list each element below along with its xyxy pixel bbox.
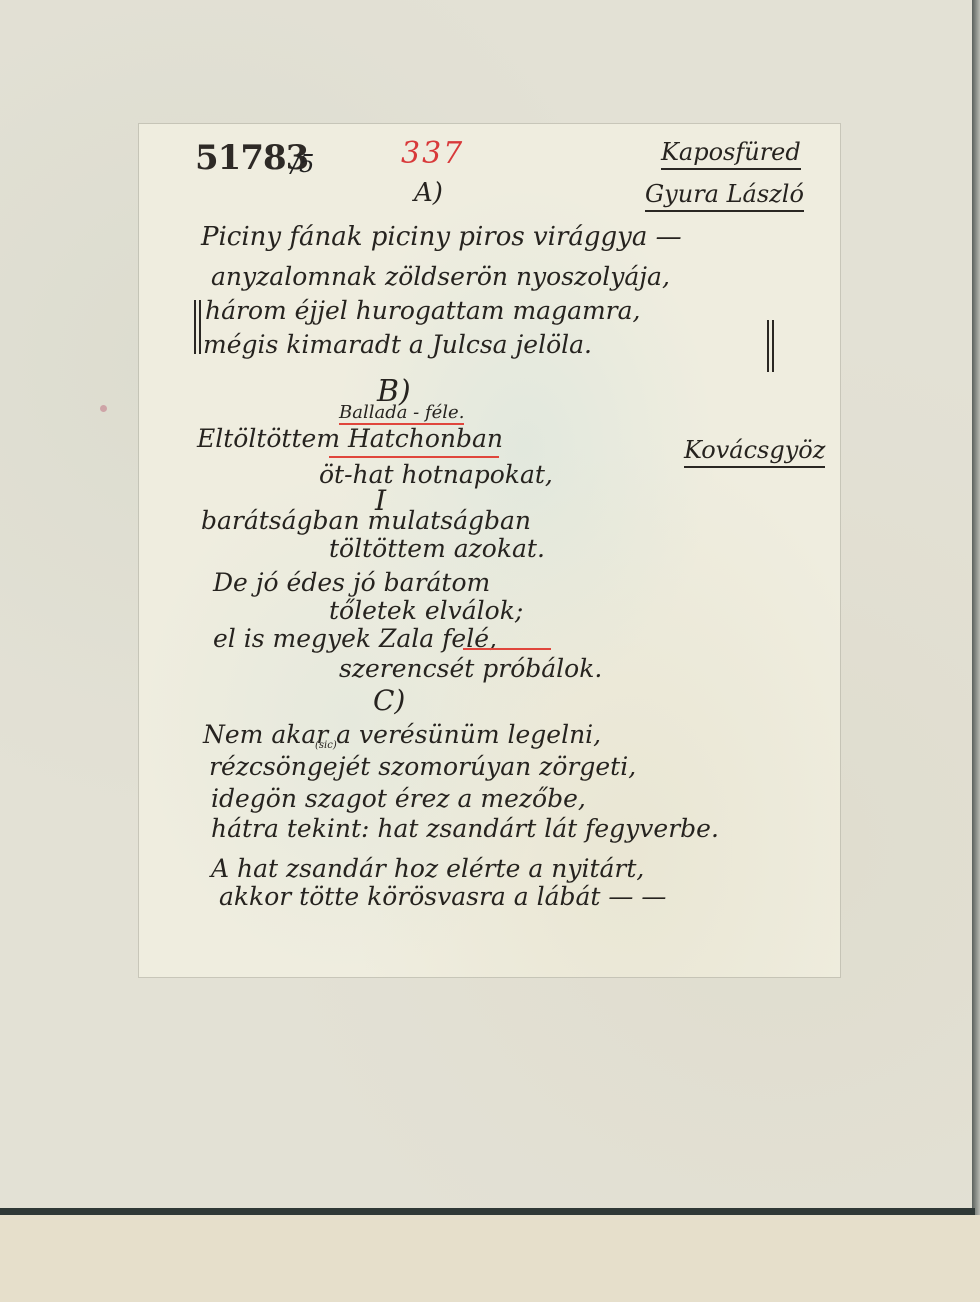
section-b-line-8: szerencsét próbálok. (339, 654, 602, 683)
genre-note: Ballada - féle. (339, 402, 464, 425)
informant-name: Gyura László (645, 180, 804, 212)
board-right-edge (972, 0, 980, 1215)
ink-smudge (100, 405, 107, 412)
archive-stamp-suffix: /5 (291, 150, 314, 178)
section-b-line-7: el is megyek Zala felé, (213, 624, 497, 653)
board-bottom-edge (0, 1208, 975, 1215)
lower-mounting-board (0, 1215, 980, 1302)
section-a-line-1: Piciny fának piciny piros virággya — (201, 222, 682, 252)
catalog-number: 337 (401, 136, 464, 171)
place-name-b: Kovácsgyöz (684, 436, 825, 468)
red-underline-zala (463, 648, 551, 650)
section-b-line-5: De jó édes jó barátom (213, 568, 490, 597)
section-b-line-3: barátságban mulatságban (201, 506, 531, 535)
section-a-line-4: mégis kimaradt a Julcsa jelölа. (203, 330, 592, 359)
section-c-line-2: rézcsöngejét szomorúyan zörgeti, (209, 752, 636, 781)
section-a-line-3: három éjjel hurogattam magamra, (205, 296, 641, 325)
section-c-line-4: hátra tekint: hat zsandárt lát fegyverbe… (211, 814, 719, 843)
section-c-line-6: akkor tötte körösvasra a lábát — — (219, 882, 666, 911)
red-underline-place (329, 456, 499, 458)
place-name: Kaposfüred (661, 138, 801, 170)
sic-note: (sic) (315, 740, 337, 751)
section-c-label: C) (373, 684, 405, 717)
section-b-line-2: öt-hat hotnapokat, (319, 460, 553, 489)
section-b-line-6: tőletek elválok; (329, 596, 523, 625)
repeat-bar-right (767, 320, 769, 372)
section-b-line-4: töltöttem azokat. (329, 534, 545, 563)
repeat-bar-left-inner (199, 300, 201, 354)
section-a-label: A) (414, 178, 443, 208)
repeat-bar-left (194, 300, 196, 354)
section-c-line-5: A hat zsandár hoz elérte a nyitárt, (211, 854, 644, 883)
section-c-line-3: idegön szagot érez a mezőbe, (211, 784, 586, 813)
section-b-line-1: Eltöltöttem Hatchonban (197, 424, 503, 453)
repeat-bar-right-inner (772, 320, 774, 372)
section-a-line-2: anyzalomnak zöldserön nyoszolyája, (211, 262, 670, 291)
manuscript-sheet: 51783 /5 337 Kaposfüred Gyura László A) … (139, 124, 840, 977)
section-c-line-1: Nem akar a verésünüm legelni, (203, 720, 601, 749)
